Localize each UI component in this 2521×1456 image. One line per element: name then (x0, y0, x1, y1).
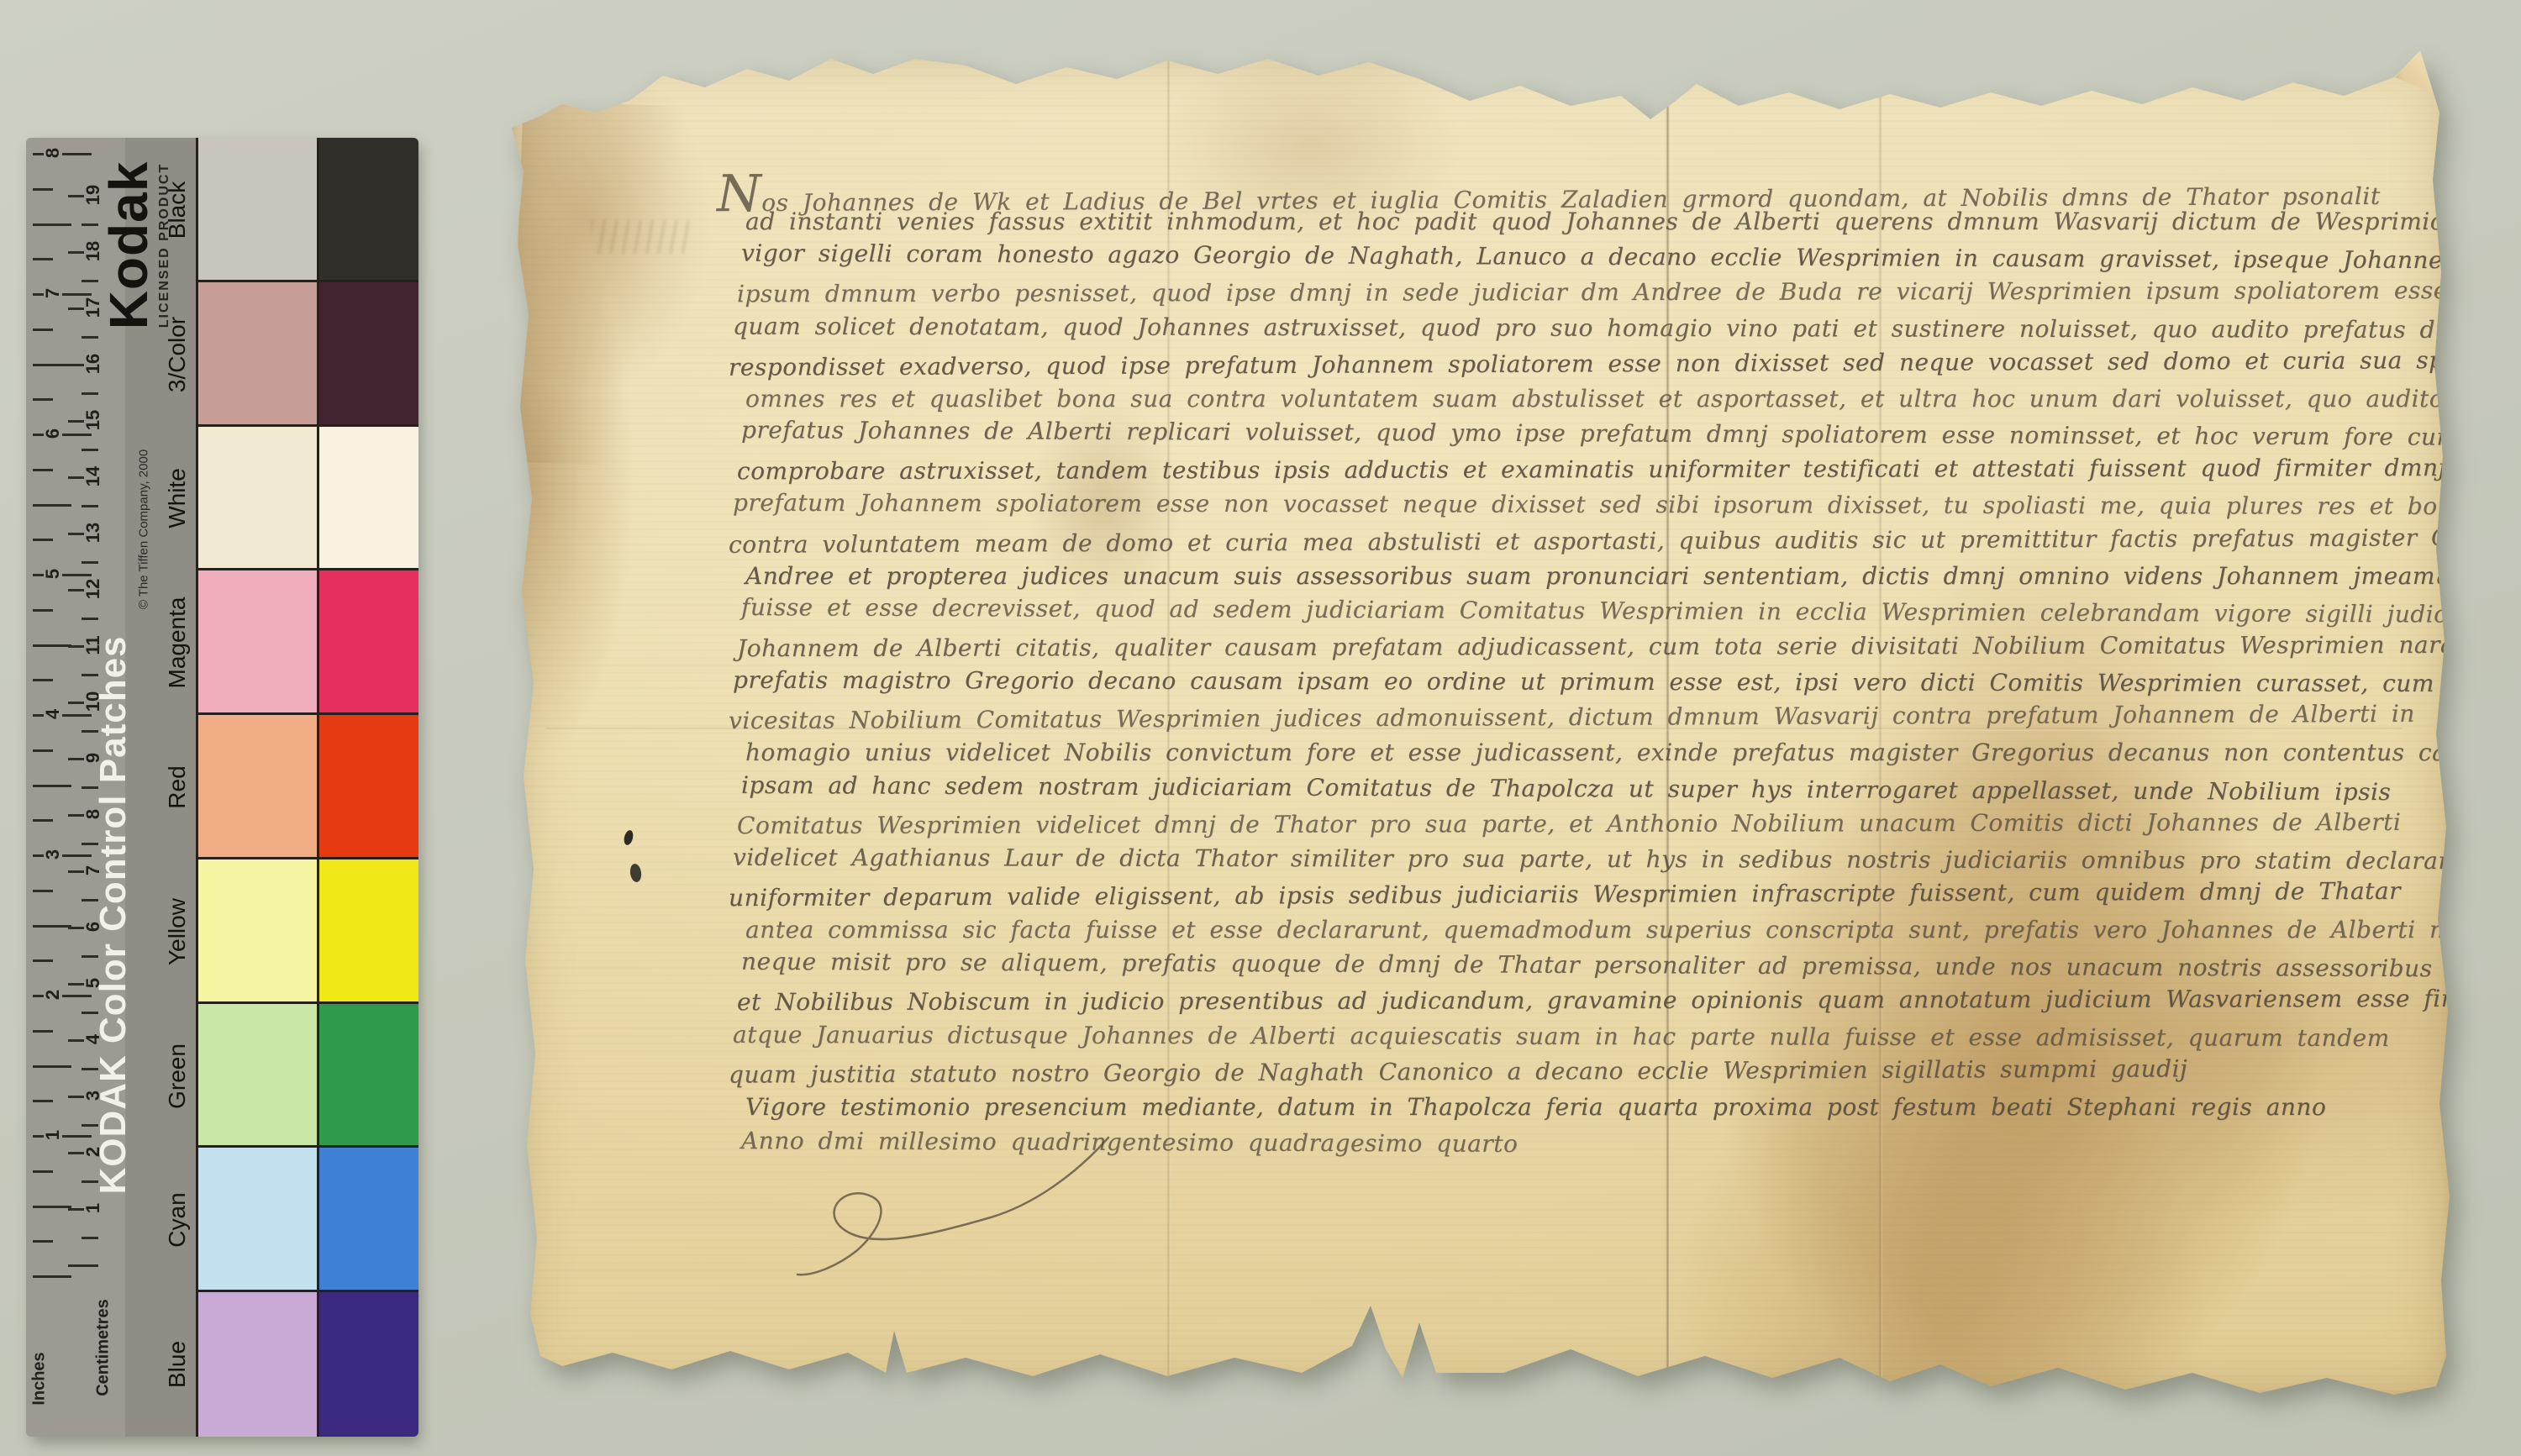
manuscript-line: ipsum dmnum verbo pesnisset, quod ipse d… (737, 276, 2521, 308)
manuscript-line: Andree et propterea judices unacum suis … (745, 562, 2521, 590)
patch-row (198, 138, 418, 282)
patch-row (198, 1004, 418, 1149)
kodak-logo: Kodak (97, 161, 160, 330)
ruler-tick (82, 449, 98, 451)
inches-label: Inches (30, 1352, 50, 1405)
manuscript-line: fuisse et esse decrevisset, quod ad sede… (741, 593, 2521, 629)
patch-solid (317, 859, 418, 1001)
ruler-tick (33, 1240, 53, 1243)
patch-label: Green (164, 1043, 191, 1109)
patch-row (198, 1292, 418, 1437)
ruler-number: 7 (44, 286, 62, 300)
ruler-tick (33, 1030, 53, 1033)
patch-row (198, 282, 418, 427)
manuscript-line: neque misit pro se aliquem, prefatis quo… (741, 948, 2433, 982)
patch-tint (198, 715, 317, 857)
ruler-tick (33, 258, 53, 260)
manuscript-line: atque Januarius dictusque Johannes de Al… (733, 1021, 2390, 1052)
manuscript-line: prefatum Johannem spoliatorem esse non v… (733, 489, 2521, 520)
manuscript-line: prefatus Johannes de Alberti replicari v… (741, 416, 2521, 452)
ruler-tick (33, 1275, 71, 1278)
ruler-number: 1 (84, 1201, 103, 1215)
patch-solid (317, 1148, 418, 1290)
manuscript-line: quam justitia statuto nostro Georgio de … (729, 1054, 2187, 1088)
ruler-tick (82, 280, 98, 282)
patch-tint (198, 1004, 317, 1146)
ruler-tick (33, 329, 53, 331)
ruler-tick (33, 398, 53, 401)
manuscript-line: videlicet Agathianus Laur de dicta Thato… (733, 844, 2490, 875)
ruler-tick (33, 819, 53, 822)
ruler-number: 12 (84, 577, 103, 601)
patch-tint (198, 1292, 317, 1437)
ruler-number: 5 (44, 567, 62, 581)
manuscript-line: contra voluntatem meam de domo et curia … (729, 523, 2521, 559)
manuscript-line: quam solicet denotatam, quod Johannes as… (733, 312, 2521, 344)
ruler-tick (33, 890, 53, 892)
manuscript-line: Comitatus Wesprimien videlicet dmnj de T… (737, 808, 2401, 839)
patch-tint (198, 427, 317, 569)
patch-tint (198, 1148, 317, 1290)
ruler-number: 2 (44, 988, 62, 1001)
patch-tint (198, 282, 317, 424)
patch-solid (317, 138, 418, 280)
ruler-number: 6 (44, 427, 62, 440)
patch-row (198, 570, 418, 715)
ruler-number: 3 (44, 848, 62, 861)
ruler-number: 4 (44, 707, 62, 721)
ruler-number: 8 (44, 146, 62, 160)
patch-label: Red (164, 765, 191, 808)
ruler-tick (33, 1170, 53, 1173)
ruler-tick (33, 1206, 71, 1208)
patch-tint (198, 570, 317, 712)
ruler-tick (82, 336, 98, 339)
parchment-document: Nos Johannes de Wk et Ladius de Bel vrte… (512, 45, 2453, 1400)
patch-solid (317, 715, 418, 857)
manuscript-line: vicesitas Nobilium Comitatus Wesprimien … (729, 700, 2415, 734)
patch-label: Cyan (164, 1193, 191, 1248)
ruler-tick (82, 561, 98, 564)
ruler-tick (33, 223, 71, 226)
patch-label: White (164, 469, 191, 529)
ruler-tick (33, 644, 71, 647)
ruler-tick (33, 785, 71, 787)
ruler-tick (33, 1065, 71, 1068)
patch-row (198, 859, 418, 1004)
patch-row (198, 715, 418, 859)
ruler-tick (82, 505, 98, 507)
centimetres-label: Centimetres (94, 1299, 113, 1396)
patch-tint (198, 138, 317, 280)
patch-tint (198, 859, 317, 1001)
patch-solid (317, 570, 418, 712)
patch-solid (317, 1004, 418, 1146)
patch-label: Black (164, 181, 191, 239)
patch-label: Blue (164, 1341, 191, 1388)
manuscript-line: ad instanti venies fassus extitit inhmod… (745, 208, 2445, 235)
manuscript-line: omnes res et quaslibet bona sua contra v… (745, 385, 2444, 413)
pen-flourish-stroke (713, 1125, 1150, 1301)
ruler-tick (33, 364, 71, 366)
ruler-number: 1 (44, 1128, 62, 1142)
ruler-tick (82, 618, 98, 620)
faint-pencil-marks (592, 220, 692, 254)
manuscript-line: respondisset exadverso, quod ipse prefat… (729, 345, 2521, 381)
manuscript-line: homagio unius videlicet Nobilis convictu… (745, 739, 2512, 766)
patch-label: Magenta (164, 597, 191, 689)
ruler-tick (33, 749, 53, 752)
patch-label: Yellow (164, 898, 191, 965)
patch-solid (317, 1292, 418, 1437)
manuscript-line: comprobare astruxisset, tandem testibus … (737, 454, 2521, 486)
ruler-tick (33, 469, 53, 471)
ruler-tick (82, 1237, 98, 1239)
patch-row (198, 427, 418, 571)
ruler-tick (33, 925, 71, 928)
ruler-tick (82, 392, 98, 395)
manuscript-line: uniformiter deparum valide eligissent, a… (729, 877, 2401, 912)
ruler-tick (33, 679, 53, 681)
patch-label: 3/Color (164, 317, 191, 392)
manuscript-line: ipsam ad hanc sedem nostram judiciariam … (741, 770, 2391, 805)
ruler-tick (33, 609, 53, 612)
archival-photo-scene: Inches Centimetres 876543211918171615141… (0, 0, 2521, 1456)
ruler-tick (33, 188, 53, 191)
parchment-wrap: Nos Johannes de Wk et Ladius de Bel vrte… (512, 45, 2453, 1400)
manuscript-line: prefatis magistro Gregorio decano causam… (733, 666, 2521, 698)
manuscript-line: antea commissa sic facta fuisse et esse … (745, 916, 2521, 944)
ruler-number: 16 (84, 352, 103, 376)
patch-grid (196, 138, 418, 1437)
kodak-color-control-strip: Inches Centimetres 876543211918171615141… (26, 138, 416, 1437)
patch-solid (317, 427, 418, 569)
ruler-tick (82, 223, 98, 226)
ruler-tick (68, 1264, 98, 1267)
manuscript-line: et Nobilibus Nobiscum in judicio present… (737, 985, 2521, 1016)
manuscript-line: Vigore testimonio presencium mediante, d… (745, 1093, 2326, 1121)
patch-row (198, 1148, 418, 1292)
ruler-number: 14 (84, 465, 103, 488)
ruler-tick (33, 504, 71, 507)
patch-solid (317, 282, 418, 424)
ruler-number: 15 (84, 408, 103, 432)
ruler-number: 13 (84, 521, 103, 544)
strip-title: KODAK Color Control Patches (92, 635, 134, 1194)
ruler-tick (33, 959, 53, 962)
manuscript-line: vigor sigelli coram honesto agazo Georgi… (741, 239, 2497, 275)
ruler-tick (33, 1100, 53, 1102)
manuscript-line: Johannem de Alberti citatis, qualiter ca… (737, 631, 2504, 662)
copyright-label: © The Tiffen Company, 2000 (137, 449, 151, 609)
ruler-tick (33, 539, 53, 541)
